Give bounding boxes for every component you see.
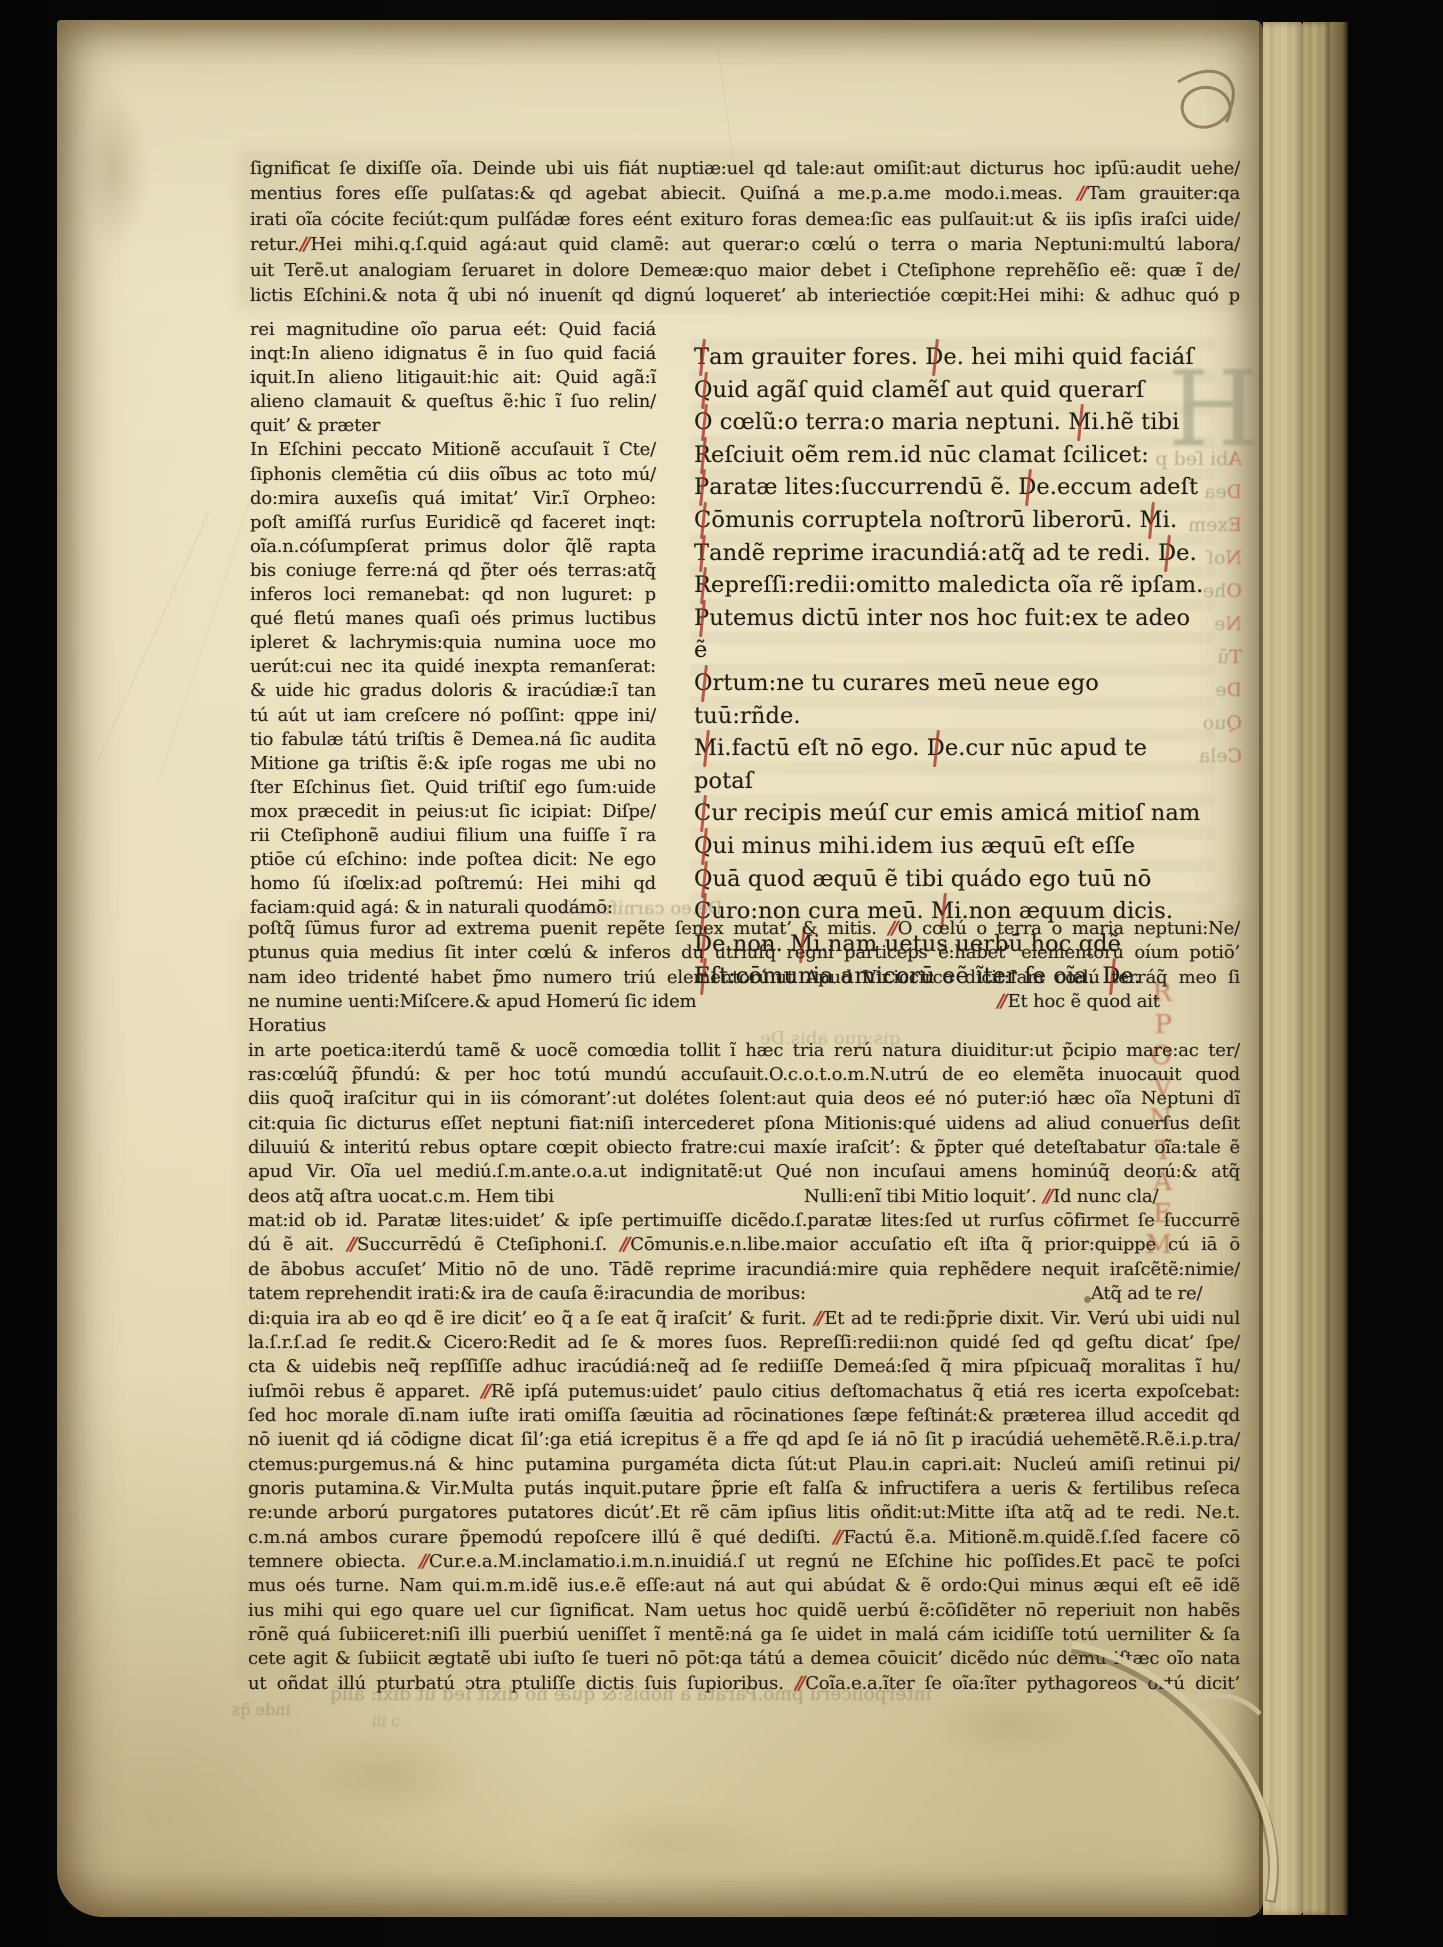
commentary-line: Mitione ga triſtis ẽ:& ipſe rogas me ubi…: [250, 752, 656, 776]
play-text-line: Paratæ lites:ſuccurrendū ẽ. De.eccum ade…: [694, 471, 1210, 504]
stain: [540, 1800, 800, 1880]
rubricated-initial: D: [925, 341, 943, 374]
scanned-book-photo: H Abi ſed pDeaExemNoſOheNeTūDeQuoCela RP…: [0, 0, 1443, 1947]
rubricated-initial: Q: [694, 374, 713, 407]
play-text-line: Tandẽ reprime iracundiá:atq̃ ad te redi.…: [694, 537, 1210, 570]
commentary-line: ius mihi qui ego quare uel cur ſignifica…: [248, 1599, 1240, 1623]
column-gap: [696, 1006, 996, 1007]
signature-mark: ɔ iii: [372, 1712, 400, 1730]
play-text-column: Tam grauiter fores. De. hei mihi quid fa…: [694, 341, 1210, 993]
commentary-line: alieno clamauit & queſtus ẽ:hic ĩ ſuo re…: [250, 390, 656, 414]
commentary-line: tatem reprehendit irati:& ira de cauſa ẽ…: [248, 1282, 1240, 1306]
rubric-mark: ∕∕: [831, 1526, 843, 1550]
commentary-line: deos atq̃ aſtra uocat.c.m. Hem tibiNulli…: [248, 1185, 1240, 1209]
rubricated-initial: D: [1158, 537, 1176, 570]
commentary-line: la.ſ.r.ſ.ad ſe redit.& Cicero:Redit ad ſ…: [248, 1331, 1240, 1355]
commentary-line: poſtq̃ ſūmus furor ad extrema puenit rep…: [248, 917, 1240, 941]
rubric-mark: ∕∕: [618, 1233, 630, 1257]
commentary-line: tú aút ut iam creſcere nó poſſint: qppe …: [250, 704, 656, 728]
commentary-line: bis coniuge ferre:ná qd p̃ter oés terras…: [250, 559, 656, 583]
rubricated-initial: M: [694, 732, 717, 765]
commentary-line: ut oñdat illú pturbatú ɔtra ptuliſſe dic…: [248, 1672, 1240, 1696]
column-gap: [554, 1201, 804, 1202]
show-through-word: De: [1216, 679, 1242, 701]
fore-edge-strip: [1330, 22, 1348, 1915]
commentary-line: temnere obiecta. ∕∕Cur.e.a.M.inclamatio.…: [248, 1550, 1240, 1574]
commentary-line: di:quia ira ab eo qd ẽ ire dicit’ eo q̃ …: [248, 1307, 1240, 1331]
commentary-line: inferos loci remanebat: qd non luguret: …: [250, 583, 656, 607]
fore-edge-strip: [1263, 22, 1303, 1915]
commentary-line: ſiphonis clemẽtia cú diis oĩbus ac toto …: [250, 463, 656, 487]
commentary-line: quit’ & præter: [250, 414, 656, 438]
commentary-line: in arte poetica:iterdú tamẽ & uocẽ comœd…: [248, 1039, 1240, 1063]
commentary-line: mat:id ob id. Paratæ lites:uidet’ & ipſe…: [248, 1209, 1240, 1233]
commentary-line: mox præcedit in peius:ut ſic icipiat: Di…: [250, 800, 656, 824]
rubricated-initial: O: [694, 667, 713, 700]
commentary-line: In Eſchini peccato Mitionẽ accuſauit ĩ C…: [250, 438, 656, 462]
rubric-mark: ∕∕: [416, 1550, 428, 1574]
commentary-line: cete agit & ſubiicit ægtatẽ ubi iuſto ſe…: [248, 1647, 1240, 1671]
commentary-line: gnoris putamina.& Vir.Multa putás inquit…: [248, 1477, 1240, 1501]
commentary-line: ſed hoc morale dī.nam iuſte irati omiſſa…: [248, 1404, 1240, 1428]
rubric-mark: ∕∕: [478, 1380, 490, 1404]
commentary-line: apud Vir. Oĩa uel mediú.ſ.m.ante.o.a.ut …: [248, 1160, 1240, 1184]
play-text-line: O cœlũ:o terra:o maria neptuni. Mi.hẽ ti…: [694, 406, 1210, 439]
commentary-line: ptiōe cú eſchino: inde poſtea dicit: Ne …: [250, 848, 656, 872]
rubricated-initial: C: [694, 797, 711, 830]
play-text-line: Mi.factū eſt nō ego. De.cur nūc apud te …: [694, 732, 1210, 797]
rubricated-initial: O: [694, 406, 713, 439]
play-text-line: Cōmunis corruptela noſtrorū liberorū. Mi…: [694, 504, 1210, 537]
rubricated-initial: M: [1140, 504, 1163, 537]
play-text-line: Cur recipis meúſ cur emis amicá mitioſ n…: [694, 797, 1210, 830]
commentary-line: diluuiú & interitú rebus optare cœpit ob…: [248, 1136, 1240, 1160]
rubricated-initial: T: [694, 537, 709, 570]
top-commentary-block: ſignificat ſe dixiſſe oĩa. Deinde ubi ui…: [250, 156, 1240, 308]
rubricated-initial: C: [694, 504, 711, 537]
commentary-line: tio fabulæ tátú triſtis ẽ Demea.ná ſic a…: [250, 728, 656, 752]
rubricated-initial: P: [694, 471, 709, 504]
rubricated-initial: D: [1018, 471, 1036, 504]
stain: [300, 1730, 480, 1820]
commentary-line: irati oĩa cócite feciút:qum pulſádæ fore…: [250, 207, 1240, 232]
play-text-line: Quid agãſ quid clamẽſ aut quid querarſ: [694, 374, 1210, 407]
commentary-line: ſignificat ſe dixiſſe oĩa. Deinde ubi ui…: [250, 156, 1240, 181]
ink-spot: [1084, 1296, 1091, 1303]
lower-commentary-block: poſtq̃ ſūmus furor ad extrema puenit rep…: [248, 917, 1240, 1696]
commentary-line: poſt amiſſá rurſus Euridicẽ qd faceret i…: [250, 511, 656, 535]
play-text-line: Putemus dictū inter nos hoc fuit:ex te a…: [694, 602, 1210, 667]
play-text-line: Ortum:ne tu curares meū neue ego tuū:rñd…: [694, 667, 1210, 732]
rubric-mark: ∕∕: [344, 1233, 356, 1257]
commentary-line: lictis Eſchini.& nota q̃ ubi nó inuenít …: [250, 283, 1240, 308]
commentary-line: ras:cœlúq̃ p̃fundú: & per hoc totú mundú…: [248, 1063, 1240, 1087]
commentary-line: dú ẽ ait. ∕∕Succurrēdú ẽ Cteſiphoni.ſ. ∕…: [248, 1233, 1240, 1257]
rubric-mark: ∕∕: [792, 1672, 804, 1696]
commentary-line: retur.∕∕Hei mihi.q.ſ.quid agá:aut quid c…: [250, 232, 1240, 257]
rubricated-initial: D: [927, 732, 945, 765]
commentary-line: ipleret & lachrymis:quia numina uoce mo: [250, 631, 656, 655]
commentary-line: oĩa.n.cóſumpſerat primus dolor q̃lẽ rapt…: [250, 535, 656, 559]
commentary-line: do:mira auxeſis quá imitat’ Vir.ĩ Orpheo…: [250, 487, 656, 511]
commentary-line: iuſmōi rebus ẽ apparet. ∕∕Rẽ ipſá putemu…: [248, 1380, 1240, 1404]
column-gap: [806, 1298, 1091, 1299]
commentary-line: cit:quia ſic dicturus eſſet neptuni fiat…: [248, 1112, 1240, 1136]
commentary-line: mus oés turne. Nam qui.m.m.idẽ ius.e.ẽ e…: [248, 1574, 1240, 1598]
commentary-line: qué fletú manes quaſi oés primus luctibu…: [250, 607, 656, 631]
commentary-line: diis quoq̃ iraſcitur qui in iis cómorant…: [248, 1087, 1240, 1111]
play-text-line: Qui minus mihi.idem ius æquū eſt eſſe: [694, 830, 1210, 863]
commentary-line: mentius fores eſſe pulſatas:& qd agebat …: [250, 181, 1240, 206]
commentary-line: homo ſú iſœlix:ad poſtremú: Hei mihi qd: [250, 872, 656, 896]
show-through-text: inde q̃s: [232, 1700, 291, 1719]
show-through-word: Tū: [1217, 646, 1242, 668]
show-through-word: Noſ: [1207, 547, 1242, 569]
play-text-line: Tam grauiter fores. De. hei mihi quid fa…: [694, 341, 1210, 374]
commentary-line: inqt:In alieno idignatus ẽ in ſuo quid f…: [250, 342, 656, 366]
rubricated-initial: P: [694, 602, 709, 635]
rubricated-initial: T: [694, 341, 709, 374]
rubric-mark: ∕∕: [1075, 181, 1088, 206]
stain: [930, 1690, 1080, 1760]
rubricated-initial: R: [694, 569, 711, 602]
commentary-line: ſter Eſchinus ſiet. Quid triſtiſ ego ſum…: [250, 776, 656, 800]
commentary-line: c.m.ná ambos curare p̃pemodú repoſcere i…: [248, 1526, 1240, 1550]
rubricated-initial: Q: [694, 863, 713, 896]
commentary-line: uit Terẽ.ut analogiam ſeruaret in dolore…: [250, 258, 1240, 283]
commentary-line: uerút:cui nec ita quidé inexpta remanſer…: [250, 655, 656, 679]
commentary-line: nō iuenit qd iá cōdigne dicat ſil’:ga et…: [248, 1428, 1240, 1452]
commentary-line: iquit.In alieno litigauit:hic ait: Quid …: [250, 366, 656, 390]
commentary-line: re:unde arború purgatores putatores dicú…: [248, 1501, 1240, 1525]
commentary-line: & uide hic gradus doloris & iracúdiæ:ĩ t…: [250, 679, 656, 703]
rubric-mark: ∕∕: [298, 232, 311, 257]
rubricated-initial: Q: [694, 830, 713, 863]
play-text-line: Reſciuit oẽm rem.id nūc clamat ſcilicet:: [694, 439, 1210, 472]
ink-spot: [1102, 1320, 1107, 1325]
play-text-line: Repreſſi:redii:omitto maledicta oĩa rẽ i…: [694, 569, 1210, 602]
fore-edge-strip: [1303, 22, 1330, 1915]
commentary-line: rii Cteſiphonẽ audiui filium una fuiſſe …: [250, 824, 656, 848]
commentary-line: rei magnitudine oĩo parua eét: Quid faci…: [250, 318, 656, 342]
left-commentary-column: rei magnitudine oĩo parua eét: Quid faci…: [250, 318, 656, 920]
rubric-mark: ∕∕: [885, 917, 897, 941]
stain: [80, 90, 150, 250]
commentary-line: de ābobus accuſet’ Mitio nō de uno. Tādẽ…: [248, 1258, 1240, 1282]
commentary-line: ne numine uenti:Miſcere.& apud Homerú ſi…: [248, 990, 1240, 1039]
rubric-mark: ∕∕: [995, 990, 1007, 1014]
rubricated-initial: M: [1068, 406, 1091, 439]
commentary-line: nam ideo tridenté habet p̃mo numero triú…: [248, 966, 1240, 990]
show-through-word: Ne: [1214, 613, 1242, 635]
commentary-line: ptunus quia medius ſit inter cœlú & infe…: [248, 941, 1240, 965]
rubric-mark: ∕∕: [1040, 1185, 1052, 1209]
rubric-mark: ∕∕: [811, 1307, 823, 1331]
commentary-line: cta & uidebis neq̃ repſſiſſe adhuc iracú…: [248, 1355, 1240, 1379]
rubricated-initial: R: [694, 439, 711, 472]
play-text-line: Quā quod æquū ẽ tibi quádo ego tuū nō: [694, 863, 1210, 896]
commentary-line: ctemus:purgemus.ná & hinc putamina purga…: [248, 1453, 1240, 1477]
commentary-line: rōnẽ quá ſubiiceret:niſi illi puerbiú ue…: [248, 1623, 1240, 1647]
